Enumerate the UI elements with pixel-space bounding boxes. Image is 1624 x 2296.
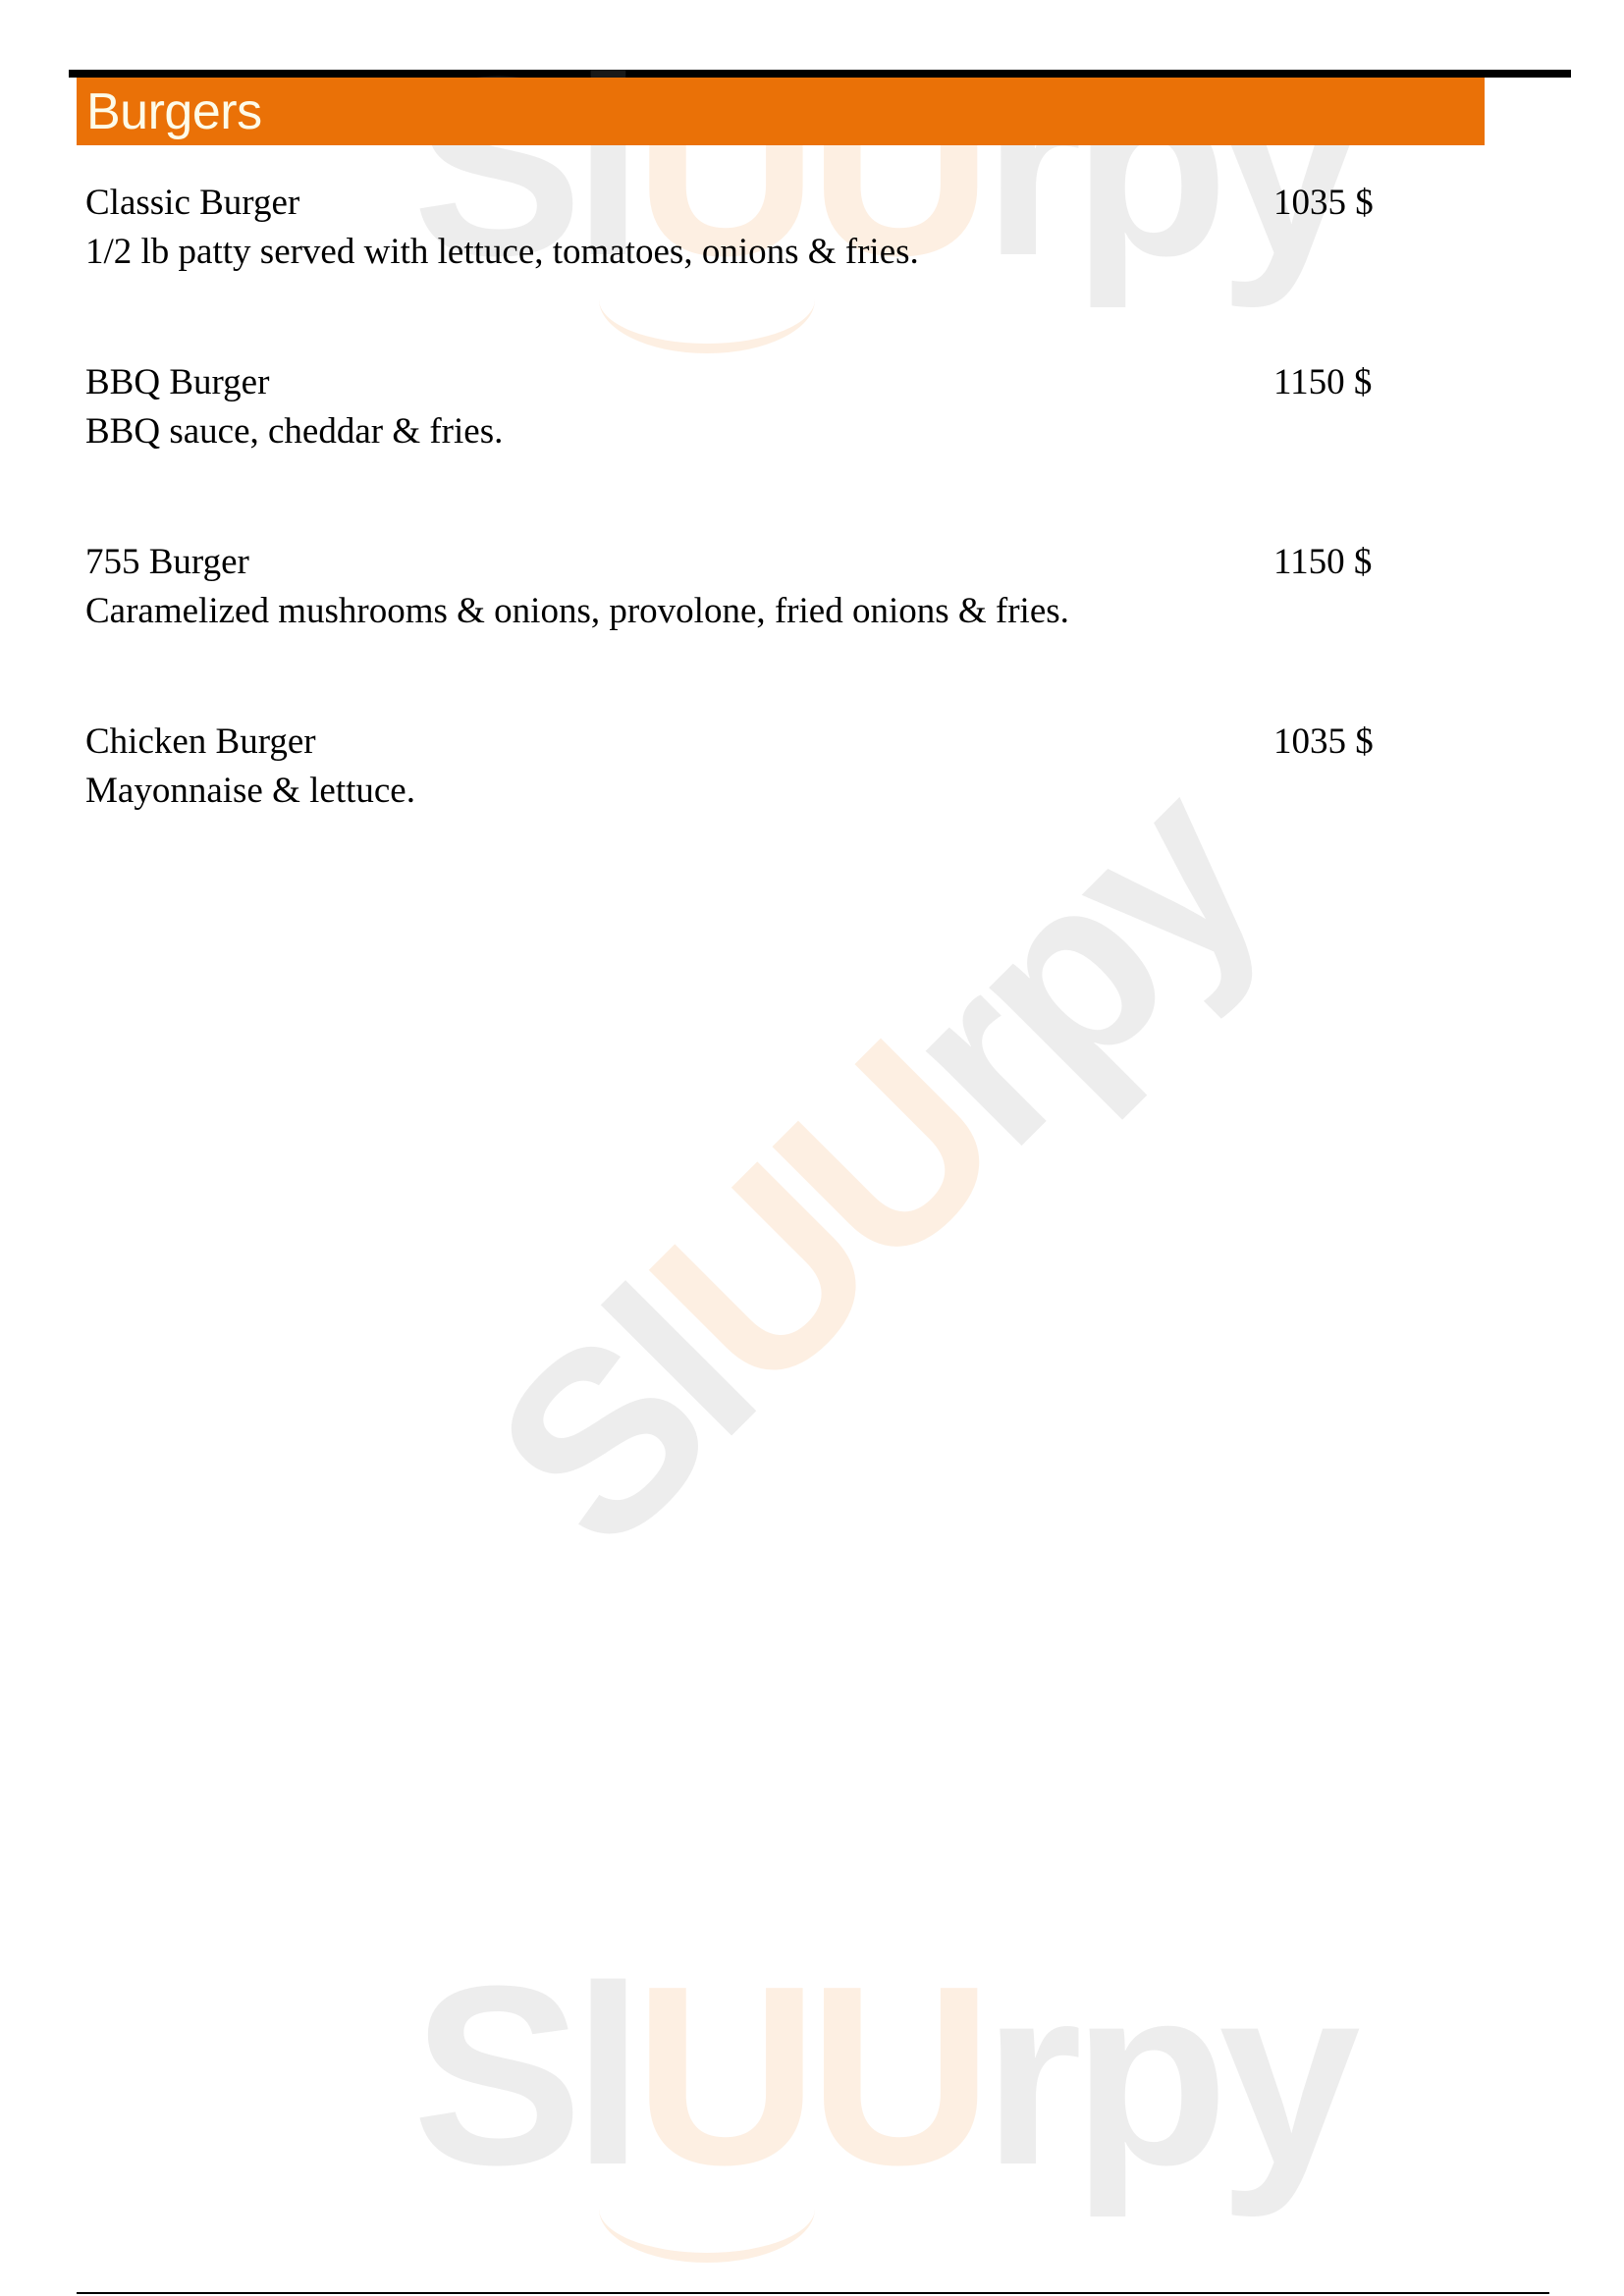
item-description: BBQ sauce, cheddar & fries. xyxy=(85,410,503,454)
section-header: Burgers xyxy=(77,78,1485,145)
top-divider xyxy=(69,70,1571,78)
item-name: 755 Burger xyxy=(85,541,249,584)
slurpy-watermark: SlUUrpy xyxy=(454,746,1298,1590)
bottom-divider xyxy=(77,2292,1549,2294)
item-price: 1150 $ xyxy=(1273,361,1372,404)
section-title: Burgers xyxy=(86,81,262,142)
item-price: 1150 $ xyxy=(1273,541,1372,584)
item-price: 1035 $ xyxy=(1273,182,1374,225)
item-description: 1/2 lb patty served with lettuce, tomato… xyxy=(85,231,919,274)
slurpy-watermark: SlUUrpy xyxy=(412,1949,1351,2204)
item-description: Caramelized mushrooms & onions, provolon… xyxy=(85,590,1069,633)
item-name: BBQ Burger xyxy=(85,361,269,404)
item-name: Chicken Burger xyxy=(85,721,316,764)
item-description: Mayonnaise & lettuce. xyxy=(85,770,415,813)
watermark-swoosh-icon xyxy=(599,2155,815,2263)
item-name: Classic Burger xyxy=(85,182,299,225)
item-price: 1035 $ xyxy=(1273,721,1374,764)
